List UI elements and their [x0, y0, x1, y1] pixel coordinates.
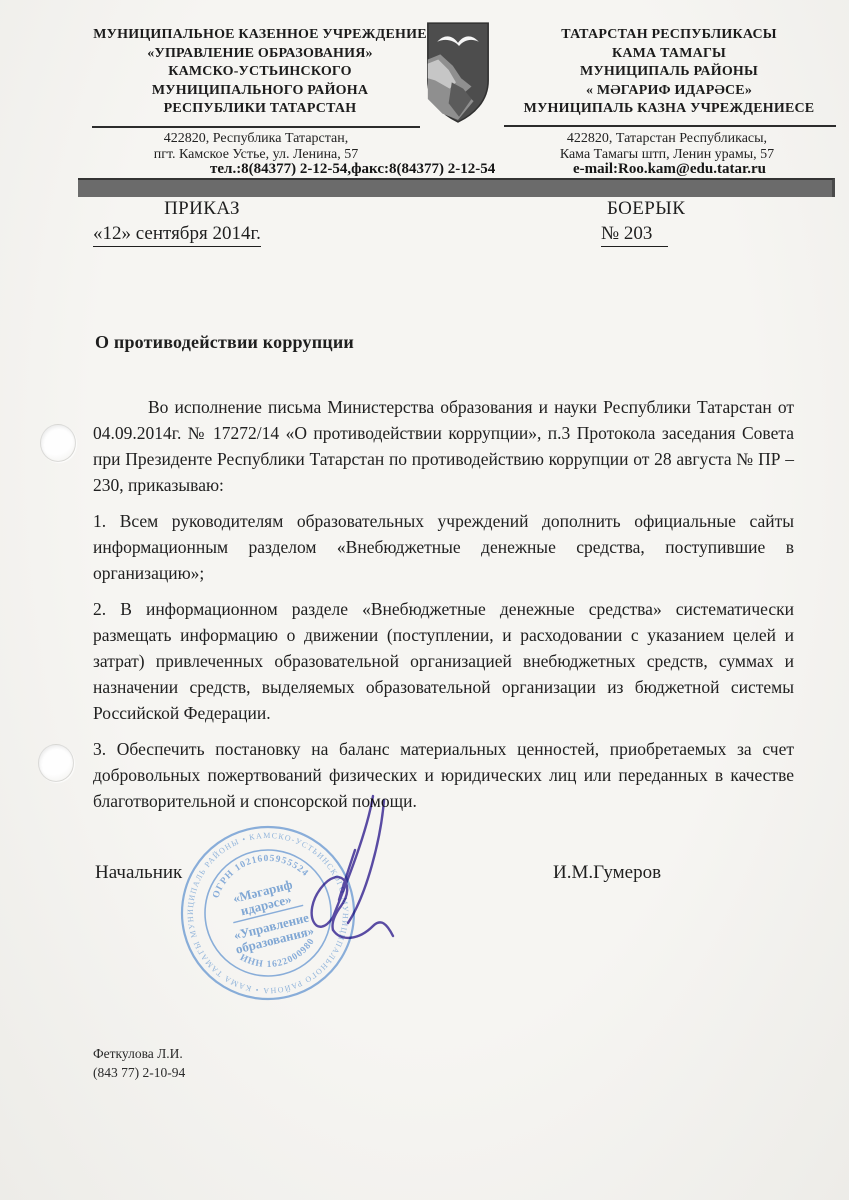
- order-block-russian: ПРИКАЗ «12» сентября 2014г.: [93, 198, 323, 247]
- punch-hole-bottom: [38, 744, 74, 782]
- executor-block: Феткулова Л.И. (843 77) 2-10-94: [93, 1044, 185, 1082]
- separator-bar: [78, 178, 835, 197]
- signatory-name: И.М.Гумеров: [553, 862, 661, 884]
- executor-name: Феткулова Л.И.: [93, 1044, 185, 1063]
- right-header-divider: [504, 125, 836, 127]
- scanned-document-page: { "colors": { "stamp_blue": "#6e9cd3", "…: [0, 0, 849, 1200]
- order-number: № 203: [601, 223, 668, 247]
- document-title: О противодействии коррупции: [95, 332, 354, 353]
- org-ru-line: МУНИЦИПАЛЬНОГО РАЙОНА: [86, 82, 434, 101]
- address-ru-line1: 422820, Республика Татарстан,: [86, 131, 426, 147]
- point-3: 3. Обеспечить постановку на баланс матер…: [93, 736, 794, 814]
- point-2: 2. В информационном разделе «Внебюджетны…: [93, 596, 794, 726]
- address-russian: 422820, Республика Татарстан, пгт. Камск…: [86, 131, 426, 163]
- org-tt-line: « МӘГАРИФ ИДАРӘСЕ»: [494, 82, 844, 101]
- address-tatar: 422820, Татарстан Республикасы, Кама Там…: [497, 131, 837, 163]
- email-label: e-mail:: [573, 161, 618, 177]
- org-name-tatar: ТАТАРСТАН РЕСПУБЛИКАСЫ КАМА ТАМАГЫ МУНИЦ…: [494, 26, 844, 119]
- org-ru-line: «УПРАВЛЕНИЕ ОБРАЗОВАНИЯ»: [86, 45, 434, 64]
- org-ru-line: КАМСКО-УСТЬИНСКОГО: [86, 63, 434, 82]
- order-type-ru: ПРИКАЗ: [93, 198, 311, 220]
- org-name-russian: МУНИЦИПАЛЬНОЕ КАЗЕННОЕ УЧРЕЖДЕНИЕ «УПРАВ…: [86, 26, 434, 119]
- coat-of-arms-shield-icon: [424, 20, 492, 124]
- org-tt-line: ТАТАРСТАН РЕСПУБЛИКАСЫ: [494, 26, 844, 45]
- org-tt-line: МУНИЦИПАЛЬ РАЙОНЫ: [494, 63, 844, 82]
- left-header-divider: [92, 126, 420, 128]
- handwritten-signature: [285, 790, 415, 975]
- address-tt-line1: 422820, Татарстан Республикасы,: [497, 131, 837, 147]
- email-line: e-mail:Roo.kam@edu.tatar.ru: [573, 161, 766, 178]
- intro-paragraph: Во исполнение письма Министерства образо…: [93, 394, 794, 498]
- coat-of-arms: [424, 20, 492, 124]
- order-type-tt: БОЕРЫК: [601, 198, 685, 220]
- org-tt-line: МУНИЦИПАЛЬ КАЗНА УЧРЕЖДЕНИЕСЕ: [494, 100, 844, 119]
- document-body: Во исполнение письма Министерства образо…: [93, 394, 794, 824]
- signature-ink-strokes: [285, 790, 415, 975]
- order-date: «12» сентября 2014г.: [93, 223, 261, 247]
- point-1: 1. Всем руководителям образовательных уч…: [93, 508, 794, 586]
- org-ru-line: МУНИЦИПАЛЬНОЕ КАЗЕННОЕ УЧРЕЖДЕНИЕ: [86, 26, 434, 45]
- executor-phone: (843 77) 2-10-94: [93, 1063, 185, 1082]
- org-ru-line: РЕСПУБЛИКИ ТАТАРСТАН: [86, 100, 434, 119]
- order-block-tatar: БОЕРЫК № 203: [601, 198, 685, 247]
- email-address: Roo.kam@edu.tatar.ru: [618, 161, 766, 179]
- org-tt-line: КАМА ТАМАГЫ: [494, 45, 844, 64]
- punch-hole-top: [40, 424, 76, 462]
- phone-fax-line: тел.:8(84377) 2-12-54,факс:8(84377) 2-12…: [210, 161, 495, 178]
